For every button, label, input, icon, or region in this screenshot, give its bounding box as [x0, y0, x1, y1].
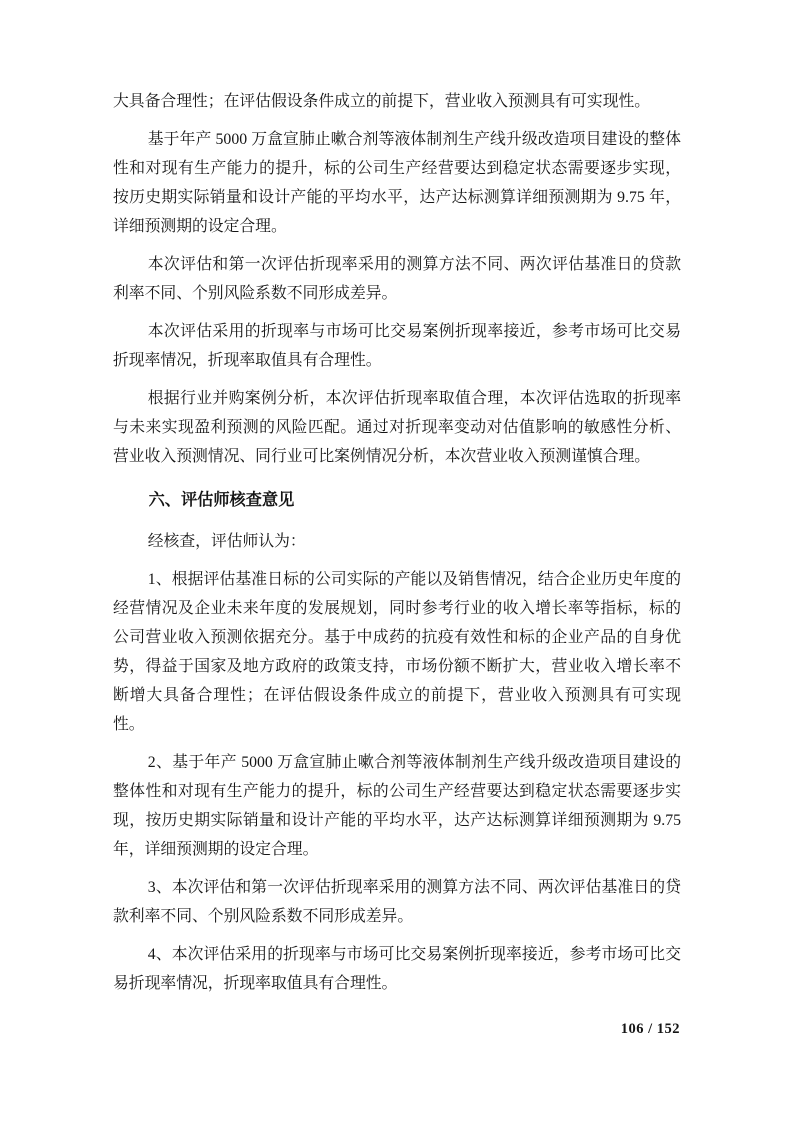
paragraph: 本次评估和第一次评估折现率采用的测算方法不同、两次评估基准日的贷款利率不同、个别…	[113, 250, 681, 308]
paragraph: 根据行业并购案例分析，本次评估折现率取值合理，本次评估选取的折现率与未来实现盈利…	[113, 384, 681, 471]
numbered-paragraph-2: 2、基于年产 5000 万盒宣肺止嗽合剂等液体制剂生产线升级改造项目建设的整体性…	[113, 748, 681, 864]
section-heading: 六、评估师核查意见	[113, 486, 681, 515]
page-number: 106 / 152	[621, 1021, 680, 1038]
paragraph-continuation: 大具备合理性；在评估假设条件成立的前提下，营业收入预测具有可实现性。	[113, 87, 681, 116]
paragraph: 经核查，评估师认为：	[113, 527, 681, 556]
document-page: 大具备合理性；在评估假设条件成立的前提下，营业收入预测具有可实现性。 基于年产 …	[0, 0, 793, 1122]
numbered-paragraph-1: 1、根据评估基准日标的公司实际的产能以及销售情况，结合企业历史年度的经营情况及企…	[113, 565, 681, 739]
document-body: 大具备合理性；在评估假设条件成立的前提下，营业收入预测具有可实现性。 基于年产 …	[113, 87, 681, 1007]
numbered-paragraph-4: 4、本次评估采用的折现率与市场可比交易案例折现率接近，参考市场可比交易折现率情况…	[113, 940, 681, 998]
paragraph: 本次评估采用的折现率与市场可比交易案例折现率接近，参考市场可比交易折现率情况，折…	[113, 317, 681, 375]
paragraph: 基于年产 5000 万盒宣肺止嗽合剂等液体制剂生产线升级改造项目建设的整体性和对…	[113, 125, 681, 241]
numbered-paragraph-3: 3、本次评估和第一次评估折现率采用的测算方法不同、两次评估基准日的贷款利率不同、…	[113, 873, 681, 931]
